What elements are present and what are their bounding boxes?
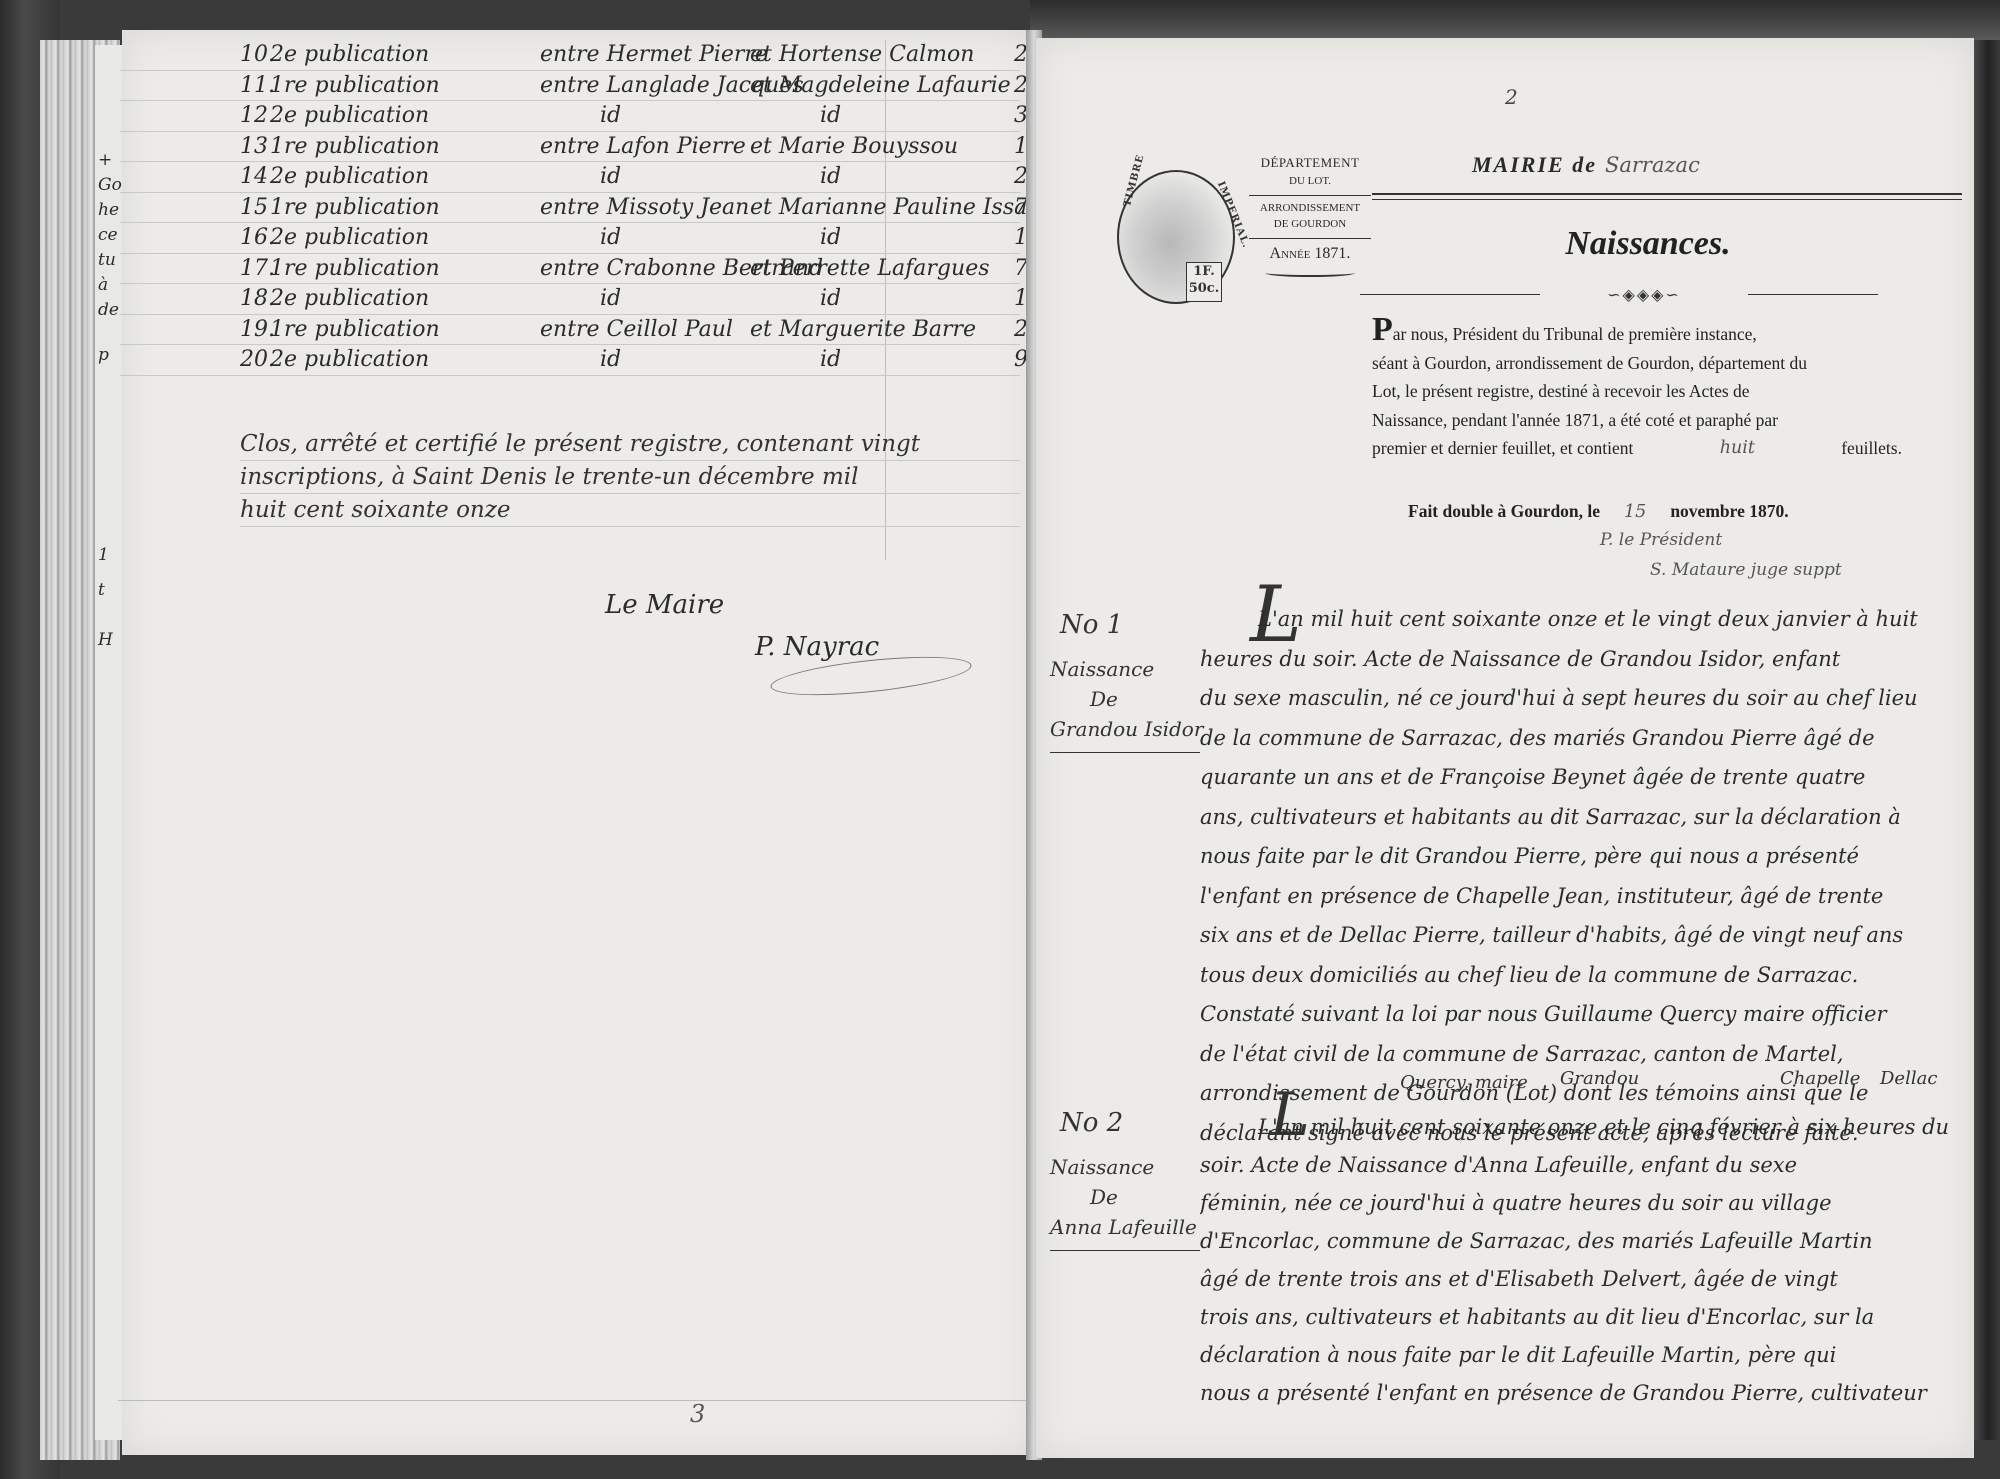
entry-number: 15 — [240, 193, 272, 223]
closing-line: inscriptions, à Saint Denis le trente-un… — [240, 461, 1020, 494]
folio-number: 3 — [690, 1400, 705, 1428]
page-number: 2 — [1505, 85, 1518, 109]
entry-number: 13 — [240, 132, 272, 162]
publication-type: 1re publication — [270, 254, 440, 284]
register-preamble: Par nous, Président du Tribunal de premi… — [1372, 320, 1902, 463]
preamble-line: séant à Gourdon, arrondissement de Gourd… — [1372, 349, 1902, 378]
drop-cap: P — [1372, 311, 1393, 348]
party-bride: id — [820, 223, 841, 253]
stamp-value-francs: 1F. — [1187, 263, 1221, 280]
margin-note: he — [98, 200, 119, 220]
stamp-value: 1F. 50c. — [1186, 262, 1222, 302]
party-bride: id — [820, 284, 841, 314]
act-margin-line: De — [1090, 1182, 1200, 1212]
party-groom: entre Missoty Jean — [540, 193, 749, 223]
mayor-label: Le Maire — [605, 590, 724, 620]
party-bride: et Perrette Lafargues — [750, 254, 990, 284]
entry-number: 12 — [240, 101, 272, 131]
act-line: ans, cultivateurs et habitants au dit Sa… — [1200, 798, 1960, 838]
register-row: 11. 1re publication entre Langlade Jacqu… — [120, 71, 1020, 102]
fait-prefix: Fait double à Gourdon, le — [1408, 501, 1600, 521]
party-groom: id — [600, 223, 621, 253]
act-margin-line: Naissance — [1050, 654, 1203, 684]
mairie-heading: MAIRIE deSarrazac — [1472, 152, 1700, 178]
mairie-label: MAIRIE de — [1472, 152, 1597, 177]
margin-note: de — [98, 300, 119, 320]
party-groom: entre Hermet Pierre — [540, 40, 768, 70]
margin-note: 1 — [98, 545, 109, 565]
register-title: Naissances. — [1383, 225, 1913, 263]
party-groom: id — [600, 345, 621, 375]
publication-type: 2e publication — [270, 284, 429, 314]
act-number: No 2 — [1060, 1108, 1200, 1138]
party-bride: et Hortense Calmon — [750, 40, 974, 70]
act-line: trois ans, cultivateurs et habitants au … — [1200, 1298, 1960, 1336]
preamble-line: feuillets. — [1841, 434, 1902, 463]
act-line: déclaration à nous faite par le dit Lafe… — [1200, 1336, 1960, 1374]
register-row: 15 1re publication entre Missoty Jean et… — [120, 193, 1020, 224]
register-row: 13 1re publication entre Lafon Pierre et… — [120, 132, 1020, 163]
act-line: âgé de trente trois ans et d'Elisabeth D… — [1200, 1260, 1960, 1298]
book-cover-top — [1030, 0, 2000, 40]
register-row: 17. 1re publication entre Crabonne Bertr… — [120, 254, 1020, 285]
margin-note: à — [98, 275, 108, 295]
department-label: DÉPARTEMENT — [1245, 155, 1375, 171]
mayor-signature: P. Nayrac — [755, 632, 879, 662]
department-header: DÉPARTEMENT DU LOT. ARRONDISSEMENT DE GO… — [1245, 155, 1375, 277]
entry-number: 11. — [240, 71, 272, 101]
act-margin-line: Grandou Isidor — [1050, 714, 1203, 744]
party-bride: et Marie Bouyssou — [750, 132, 958, 162]
publication-type: 2e publication — [270, 162, 429, 192]
act-margin-1: No 1 Naissance De Grandou Isidor — [1050, 610, 1203, 753]
publication-type: 1re publication — [270, 132, 440, 162]
publication-type: 2e publication — [270, 223, 429, 253]
register-row: 16. 2e publication id id 14 mai — [120, 223, 1020, 254]
act-margin-line: Anna Lafeuille — [1050, 1212, 1200, 1242]
entry-number: 16. — [240, 223, 272, 253]
register-row: 14 2e publication id id 25 juin — [120, 162, 1020, 193]
margin-note: Go — [98, 175, 122, 195]
act-line: tous deux domiciliés au chef lieu de la … — [1200, 956, 1960, 996]
fait-day: 15 — [1624, 502, 1646, 522]
ornament-rule-right — [1748, 294, 1878, 295]
preamble-line: premier et dernier feuillet, et contient — [1372, 434, 1633, 463]
commune-name: Sarrazac — [1605, 153, 1700, 177]
preamble-line: Naissance, pendant l'année 1871, a été c… — [1372, 406, 1902, 435]
entry-number: 14 — [240, 162, 272, 192]
stamp-value-centimes: 50c. — [1187, 280, 1221, 297]
publication-type: 2e publication — [270, 101, 429, 131]
fait-suffix: novembre 1870. — [1670, 501, 1788, 521]
act-line: l'enfant en présence de Chapelle Jean, i… — [1200, 877, 1960, 917]
entry-number: 10. — [240, 40, 272, 70]
party-groom: entre Lafon Pierre — [540, 132, 746, 162]
act-line: six ans et de Dellac Pierre, tailleur d'… — [1200, 916, 1960, 956]
signature-witness: Dellac — [1880, 1068, 1937, 1089]
signature-declarant: Grandou — [1560, 1068, 1639, 1089]
margin-note: + — [98, 150, 112, 170]
margin-note: ce — [98, 225, 118, 245]
party-bride: id — [820, 162, 841, 192]
publication-type: 1re publication — [270, 193, 440, 223]
fait-double-line: Fait double à Gourdon, le15novembre 1870… — [1408, 501, 1789, 522]
signature-witness: Chapelle — [1780, 1068, 1860, 1089]
closing-line: huit cent soixante onze — [240, 494, 1020, 527]
register-row: 12 2e publication id id 30 juillet — [120, 101, 1020, 132]
act-line: Constaté suivant la loi par nous Guillau… — [1200, 995, 1960, 1035]
party-groom: id — [600, 101, 621, 131]
act-margin-2: No 2 Naissance De Anna Lafeuille — [1050, 1108, 1200, 1251]
act-line: quarante un ans et de Françoise Beynet â… — [1200, 758, 1960, 798]
party-bride: et Magdeleine Lafaurie — [750, 71, 1011, 101]
register-row: 20. 2e publication id id 9 avril — [120, 345, 1020, 376]
entry-number: 18. — [240, 284, 272, 314]
margin-note: t — [98, 580, 105, 600]
signature-mayor: Quercy, maire — [1400, 1072, 1528, 1093]
party-groom: id — [600, 284, 621, 314]
publication-type: 1re publication — [270, 315, 440, 345]
act-line: L'an mil huit cent soixante onze et le c… — [1200, 1108, 1960, 1146]
register-year: Année 1871. — [1245, 245, 1375, 263]
margin-note: H — [98, 630, 113, 650]
bottom-rule — [118, 1400, 1038, 1401]
act-line: L'an mil huit cent soixante onze et le v… — [1200, 600, 1960, 640]
entry-number: 17. — [240, 254, 272, 284]
act-line: heures du soir. Acte de Naissance de Gra… — [1200, 640, 1960, 680]
party-bride: id — [820, 345, 841, 375]
act-line: du sexe masculin, né ce jourd'hui à sept… — [1200, 679, 1960, 719]
party-groom: id — [600, 162, 621, 192]
preamble-line: ar nous, Président du Tribunal de premiè… — [1393, 324, 1757, 344]
ornament-rule-left — [1360, 294, 1540, 295]
register-row: 19. 1re publication entre Ceillol Paul e… — [120, 315, 1020, 346]
preamble-line: Lot, le présent registre, destiné à rece… — [1372, 377, 1902, 406]
heading-rule — [1372, 193, 1962, 200]
judge-signature: S. Mataure juge suppt — [1650, 560, 1842, 580]
act-margin-line: De — [1090, 684, 1203, 714]
book-cover-right — [1970, 40, 2000, 1440]
president-signature: P. le Président — [1600, 530, 1722, 550]
party-bride: et Marguerite Barre — [750, 315, 976, 345]
margin-note: p — [98, 345, 109, 365]
department-name: DU LOT. — [1245, 175, 1375, 187]
register-row: 18. 2e publication id id 14 mai — [120, 284, 1020, 315]
act-line: féminin, née ce jourd'hui à quatre heure… — [1200, 1184, 1960, 1222]
act-line: nous faite par le dit Grandou Pierre, pè… — [1200, 837, 1960, 877]
register-row: 10. 2e publication entre Hermet Pierre e… — [120, 40, 1020, 71]
act-line: nous a présenté l'enfant en présence de … — [1200, 1374, 1960, 1412]
arrondissement-name: DE GOURDON — [1245, 218, 1375, 230]
register-closing-statement: Clos, arrêté et certifié le présent regi… — [240, 428, 1020, 527]
act-margin-line: Naissance — [1050, 1152, 1200, 1182]
act-line: soir. Acte de Naissance d'Anna Lafeuille… — [1200, 1146, 1960, 1184]
act-line: de la commune de Sarrazac, des mariés Gr… — [1200, 719, 1960, 759]
closing-line: Clos, arrêté et certifié le présent regi… — [240, 428, 1020, 461]
publication-type: 2e publication — [270, 40, 429, 70]
party-bride: id — [820, 101, 841, 131]
marriage-publication-register: 10. 2e publication entre Hermet Pierre e… — [120, 40, 1020, 376]
entry-number: 20. — [240, 345, 272, 375]
act-line: d'Encorlac, commune de Sarrazac, des mar… — [1200, 1222, 1960, 1260]
act-body-2: L'an mil huit cent soixante onze et le c… — [1200, 1108, 1960, 1412]
publication-type: 2e publication — [270, 345, 429, 375]
publication-type: 1re publication — [270, 71, 440, 101]
feuillets-count: huit — [1720, 434, 1755, 463]
margin-note: tu — [98, 250, 116, 270]
ornament-icon: ∽◈◈◈∽ — [1540, 285, 1748, 304]
act-number: No 1 — [1060, 610, 1203, 640]
arrondissement-label: ARRONDISSEMENT — [1245, 202, 1375, 214]
party-groom: entre Ceillol Paul — [540, 315, 733, 345]
entry-number: 19. — [240, 315, 272, 345]
